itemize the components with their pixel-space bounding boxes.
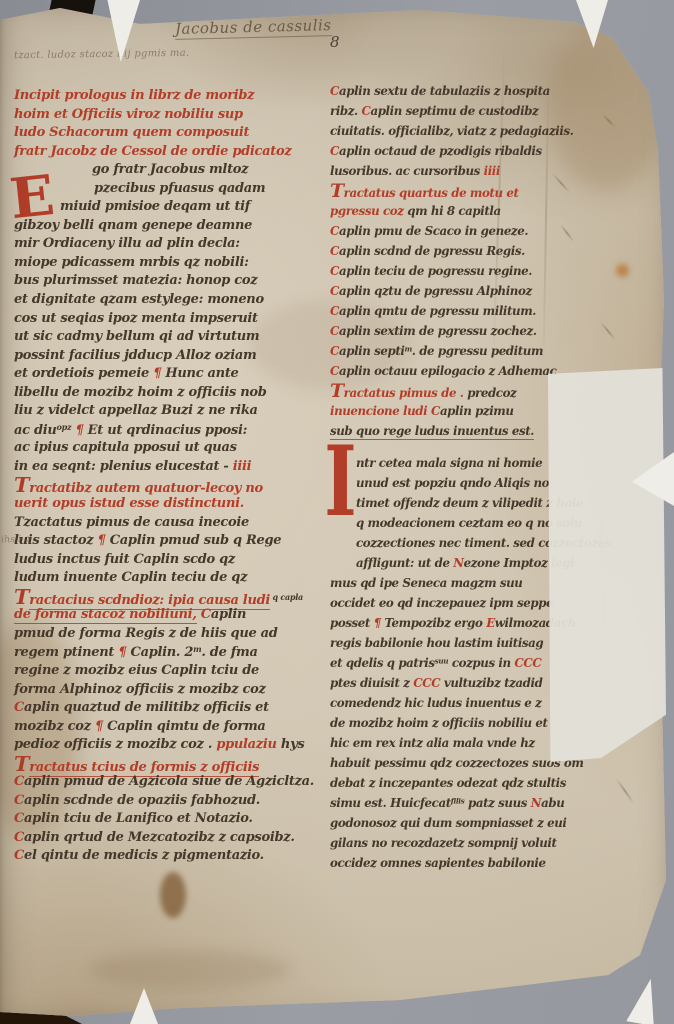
text-line: ciuitatis. officialibz, viatz z pedagiaz… [330, 124, 611, 144]
text-line: Caplin scdnd de pgressu Regis. [330, 244, 611, 264]
text-line: luis stactoz ¶ Caplin pmud sub q Rege [14, 533, 314, 552]
body-text: m [193, 644, 201, 654]
text-line: Caplin octaud de pzodigis ribaldis [330, 144, 611, 164]
body-text: aplin septi [339, 344, 404, 358]
body-text: Et ut qrdinacius pposi: [83, 423, 247, 438]
rubric-text: ¶ [75, 423, 83, 438]
text-line: ut sic cadmy bellum qi ad virtutum [14, 329, 314, 348]
body-text: et qdelis q patris [330, 656, 435, 670]
body-text: ribz. [330, 104, 361, 118]
body-text: aplin pmud de Agzicola siue de Agzicltza… [24, 774, 314, 789]
rubric-text: C [330, 284, 339, 298]
text-line: go fratr Jacobus mltoz [14, 162, 314, 181]
body-text: bus plurimsset matezia: honop coz [14, 273, 257, 288]
stain [616, 264, 629, 277]
drop-cap-E: E [7, 167, 57, 226]
rubric-text: C [14, 700, 24, 715]
text-line: forma Alphinoz officiis z mozibz coz [14, 682, 314, 701]
drop-cap-I: I [324, 434, 356, 530]
body-text: Caplin pmud sub q Rege [106, 533, 282, 548]
body-text: et ordetiois pemeie [14, 366, 153, 381]
text-line: Tractatus tcius de formis z officiis [14, 756, 314, 775]
rubric-text: ¶ [153, 366, 161, 381]
rubric-text: ¶ [374, 616, 381, 630]
rubric-text: iiii [480, 164, 500, 178]
body-text: mozibz coz [14, 719, 95, 734]
body-text: aplin tciu de Lanifico et Notazio. [24, 811, 253, 826]
text-line: occidez omnes sapientes babilonie [330, 856, 611, 876]
text-line: mir Ordiaceny illu ad plin decla: [14, 236, 314, 255]
body-text: aplin [211, 607, 246, 622]
rubric-text: T [330, 380, 344, 402]
body-text: regem ptinent [14, 645, 118, 660]
body-text: aplin scdnde de opaziis fabhozud. [24, 793, 260, 808]
body-text: occidet eo qd inczepauez ipm seppe [330, 596, 553, 610]
text-line: ac ipius capitula pposui ut quas [14, 440, 314, 459]
body-text: occidez omnes sapientes babilonie [330, 856, 546, 870]
rubric-text: ractatus pimus de . [344, 386, 464, 400]
body-text [197, 607, 201, 622]
rubric-text: ractatus tcius de formis z officiis [29, 760, 259, 777]
body-text: el qintu de medicis z pigmentazio. [24, 848, 264, 863]
body-text: aplin octauu epilogacio z Adhemac [339, 364, 556, 378]
body-text: abu [541, 796, 564, 810]
crease [542, 70, 549, 370]
rubric-text: C [14, 811, 24, 826]
text-line: fratr Jacobz de Cessol de ordie pdicatoz [14, 144, 314, 163]
body-text: filis [451, 796, 465, 805]
body-text: habuit pessimu qdz cozzectozes suos om [330, 756, 583, 770]
rubric-text: N [531, 796, 541, 810]
body-text: m [404, 344, 411, 353]
text-line: pzecibus pfuasus qadam [14, 181, 314, 200]
crease [492, 40, 505, 360]
text-line: Tractatus quartus de motu et [330, 184, 611, 204]
rubric-text: T [14, 472, 29, 497]
margin-scribble [559, 224, 574, 243]
body-text: mir Ordiaceny illu ad plin decla: [14, 236, 240, 251]
text-line: Caplin pmud de Agzicola siue de Agzicltz… [14, 774, 314, 793]
page-weight-bottom-right [626, 976, 662, 1024]
body-text: go fratr Jacobus mltoz [92, 162, 248, 177]
shelf-note: tzact. ludoz stacoz iiij pgmis ma. [14, 48, 190, 61]
text-line: Caplin tciu de Lanifico et Notazio. [14, 811, 314, 830]
body-text: aplin septimu de custodibz [370, 104, 538, 118]
stain [160, 872, 186, 918]
body-text: ntr cetea mala signa ni homie [356, 456, 542, 470]
body-text: . de pgressu peditum [412, 344, 543, 358]
text-line: liu z videlct appellaz Buzi z ne rika [14, 403, 314, 422]
margin-scribble [616, 778, 635, 804]
text-line: bus plurimsset matezia: honop coz [14, 273, 314, 292]
text-line: pgressu coz qm hi 8 capitla [330, 204, 611, 224]
text-line: gilans no recozdazetz sompnij voluit [330, 836, 611, 856]
body-text: libellu de mozibz hoim z officiis nob [14, 385, 267, 400]
body-text: luis stactoz [14, 533, 98, 548]
rubric-text: fratr Jacobz de Cessol de ordie pdicatoz [14, 144, 291, 159]
text-line: in ea seqnt: plenius elucestat - iiii [14, 459, 314, 478]
text-line: et ordetiois pemeie ¶ Hunc ante [14, 366, 314, 385]
text-line: regine z mozibz eius Caplin tciu de [14, 663, 314, 682]
rubric-text: pgressu coz [330, 204, 407, 218]
body-text: gilans no recozdazetz sompnij voluit [330, 836, 557, 850]
rubric-text: C [330, 244, 339, 258]
text-line: simu est. Huicfecatfilis patz suus Nabu [330, 796, 611, 816]
body-text: . de fma [201, 645, 257, 660]
text-line: pedioz officiis z mozibz coz . ppulaziu … [14, 737, 314, 756]
body-text: regine z mozibz eius Caplin tciu de [14, 663, 259, 678]
body-text: lusoribus. ac cursoribus [330, 164, 480, 178]
rubric-text: C [361, 104, 370, 118]
body-text: simu est. Huicfecat [330, 796, 451, 810]
text-column-left: Incipit prologus in librz de moribzhoim … [14, 88, 314, 867]
rubric-text: C [330, 84, 339, 98]
body-text: comedendz hic ludus inuentus e z [330, 696, 541, 710]
text-line: ludo Schacorum quem composuit [14, 125, 314, 144]
margin-scribble [600, 321, 617, 341]
text-line: pmud de forma Regis z de hiis que ad [14, 626, 314, 645]
body-text: ut sic cadmy bellum qi ad virtutum [14, 329, 259, 344]
body-text: ptes diuisit z [330, 676, 413, 690]
rubric-text: N [453, 556, 463, 570]
text-line: Caplin septim. de pgressu peditum [330, 344, 611, 364]
text-line: miuid pmisioe deqam ut tif [14, 199, 314, 218]
text-line: ludum inuente Caplin teciu de qz [14, 570, 314, 589]
body-text: ac diu [14, 423, 57, 438]
text-line: Caplin pmu de Scaco in geneze. [330, 224, 611, 244]
body-text: miuid pmisioe deqam ut tif [60, 199, 250, 214]
body-text: aplin pmu de Scaco in geneze. [339, 224, 528, 238]
rubric-text: ractacius scdndioz: ipia causa ludi [29, 593, 270, 610]
body-text: aplin qmtu de pgressu militum. [339, 304, 536, 318]
text-line: mozibz coz ¶ Caplin qimtu de forma [14, 719, 314, 738]
text-line: de forma stacoz nobiliuni, Caplin [14, 607, 314, 626]
rubric-text: C [330, 364, 339, 378]
text-line: possint facilius jdducp Alloz oziam [14, 348, 314, 367]
photograph: Jacobus de cassulis 8 tzact. ludoz staco… [0, 0, 674, 1024]
body-text: miope pdicassem mrbis qz nobili: [14, 255, 249, 270]
body-text: forma Alphinoz officiis z mozibz coz [14, 682, 266, 697]
margin-scribble [552, 173, 571, 194]
text-line: cos ut seqias ipoz menta impseruit [14, 311, 314, 330]
body-text: hic em rex intz alia mala vnde hz [330, 736, 535, 750]
text-line: Caplin qmtu de pgressu militum. [330, 304, 611, 324]
body-text: Caplin qimtu de forma [103, 719, 266, 734]
body-text: pedioz officiis z mozibz coz . [14, 737, 216, 752]
rubric-text: ¶ [118, 645, 126, 660]
body-text: qm hi 8 capitla [407, 204, 500, 218]
body-text: Tzactatus pimus de causa inecoie [14, 515, 249, 530]
body-text: ac ipius capitula pposui ut quas [14, 440, 237, 455]
text-line: regem ptinent ¶ Caplin. 2m. de fma [14, 644, 314, 663]
body-text: regis babilonie hou lastim iuitisag [330, 636, 543, 650]
rubric-text: CCC [413, 676, 440, 690]
rubric-text: T [330, 180, 344, 202]
rubric-text: C [330, 344, 339, 358]
text-line: Tractatibz autem quatuor-lecoy no [14, 477, 314, 496]
body-text: aplin sextu de tabulaziis z hospita [339, 84, 550, 98]
body-text: patz suus [464, 796, 530, 810]
rubric-text: CCC [514, 656, 541, 670]
body-text: predcoz [463, 386, 516, 400]
rubric-text: T [14, 751, 29, 776]
quire-mark: 8 [330, 33, 340, 51]
rubric-text: C [14, 793, 24, 808]
body-text: Hunc ante [161, 366, 238, 381]
body-text: cos ut seqias ipoz menta impseruit [14, 311, 258, 326]
tissue-overlay [548, 368, 666, 762]
rubric-text: C [14, 774, 24, 789]
body-text: et dignitate qzam estylege: moneno [14, 292, 264, 307]
text-line: Tractacius scdndioz: ipia causa ludi q c… [14, 589, 314, 608]
body-text: debat z inczepantes odezat qdz stultis [330, 776, 566, 790]
rubric-text: hoim et Officiis viroz nobiliu sup [14, 107, 243, 122]
rubric-text: C [201, 607, 211, 622]
rubric-text: C [330, 324, 339, 338]
rubric-text: E [486, 616, 495, 630]
rubric-text: T [14, 584, 29, 609]
body-text: aplin sextim de pgressu zochez. [339, 324, 537, 338]
body-text: q capla [270, 592, 303, 602]
text-line: Caplin sextim de pgressu zochez. [330, 324, 611, 344]
rubric-text: C [431, 404, 440, 418]
body-text: gibzoy belli qnam genepe deamne [14, 218, 252, 233]
rubric-text: ractatibz autem quatuor-lecoy no [29, 481, 263, 496]
text-line: libellu de mozibz hoim z officiis nob [14, 385, 314, 404]
stain [0, 620, 80, 840]
text-line: lusoribus. ac cursoribus iiii [330, 164, 611, 184]
body-text: sub quo rege ludus inuentus est. [330, 424, 534, 440]
text-line: godonosoz qui dum sompniasset z eui [330, 816, 611, 836]
text-line: Tzactatus pimus de causa inecoie [14, 515, 314, 534]
body-text: pzecibus pfuasus qadam [94, 181, 265, 196]
body-text: pmud de forma Regis z de hiis que ad [14, 626, 278, 641]
rubric-text: uerit opus istud esse distinctuni. [14, 496, 244, 511]
body-text: posset [330, 616, 374, 630]
body-text: aplin octaud de pzodigis ribaldis [339, 144, 542, 158]
rubric-text: C [14, 830, 24, 845]
rubric-text: iiii [229, 459, 252, 474]
body-text: cozpus in [448, 656, 514, 670]
stain [548, 20, 666, 190]
rubric-text: C [330, 264, 339, 278]
rubric-text: Incipit prologus in librz de moribz [14, 88, 254, 103]
body-text: aplin scdnd de pgressu Regis. [339, 244, 525, 258]
body-text: affligunt: ut de [356, 556, 453, 570]
rubric-text: de forma stacoz nobiliuni, [14, 607, 197, 624]
text-line: Caplin scdnde de opaziis fabhozud. [14, 793, 314, 812]
body-text [71, 423, 75, 438]
text-line: Caplin qztu de pgressu Alphinoz [330, 284, 611, 304]
rubric-text: inuencione ludi [330, 404, 431, 418]
rubric-text: ludo Schacorum quem composuit [14, 125, 249, 140]
body-text: aplin teciu de pogressu regine. [339, 264, 532, 278]
text-line: Cel qintu de medicis z pigmentazio. [14, 848, 314, 867]
rubric-text: ¶ [98, 533, 106, 548]
text-line: et dignitate qzam estylege: moneno [14, 292, 314, 311]
body-text: Caplin. 2 [126, 645, 193, 660]
body-text: possint facilius jdducp Alloz oziam [14, 348, 256, 363]
text-line: miope pdicassem mrbis qz nobili: [14, 255, 314, 274]
body-text: hys [277, 737, 305, 752]
body-text: aplin pzimu [440, 404, 514, 418]
text-line: ac diuopz ¶ Et ut qrdinacius pposi: [14, 422, 314, 441]
body-text: aplin quaztud de militibz officiis et [24, 700, 269, 715]
body-text: in ea seqnt: plenius elucestat - [14, 459, 229, 474]
body-text: Tempozibz ergo [381, 616, 486, 630]
body-text: ciuitatis. officialibz, viatz z pedagiaz… [330, 124, 573, 138]
rubric-text: C [330, 304, 339, 318]
body-text: unud est popziu qndo Aliqis no [356, 476, 549, 490]
body-text: vultuzibz tzadid [440, 676, 542, 690]
body-text: ludus inctus fuit Caplin scdo qz [14, 552, 235, 567]
rubric-text: C [330, 224, 339, 238]
rubric-text: C [14, 848, 24, 863]
body-text: q modeacionem ceztam eo q no solu [356, 516, 582, 530]
body-text: aplin qrtud de Mezcatozibz z capsoibz. [24, 830, 295, 845]
text-line: Caplin sextu de tabulaziis z hospita [330, 84, 611, 104]
body-text: aplin qztu de pgressu Alphinoz [339, 284, 532, 298]
rubric-text: C [330, 144, 339, 158]
text-line: ludus inctus fuit Caplin scdo qz [14, 552, 314, 571]
stain [90, 950, 290, 990]
text-line: Caplin quaztud de militibz officiis et [14, 700, 314, 719]
rubric-text: ractatus quartus de motu et [344, 186, 519, 200]
text-line: Caplin qrtud de Mezcatozibz z capsoibz. [14, 830, 314, 849]
text-line: Caplin teciu de pogressu regine. [330, 264, 611, 284]
body-text: mus qd ipe Seneca magzm suu [330, 576, 522, 590]
text-line: gibzoy belli qnam genepe deamne [14, 218, 314, 237]
header-title: Jacobus de cassulis [175, 16, 332, 40]
rubric-text: ppulaziu [216, 737, 276, 752]
body-text: de mozibz hoim z officiis nobiliu et [330, 716, 548, 730]
body-text: suu [435, 656, 449, 665]
text-line: hoim et Officiis viroz nobiliu sup [14, 107, 314, 126]
margin-note: ihs i a [1, 534, 30, 546]
body-text: godonosoz qui dum sompniasset z eui [330, 816, 566, 830]
text-line: ribz. Caplin septimu de custodibz [330, 104, 611, 124]
body-text: liu z videlct appellaz Buzi z ne rika [14, 403, 258, 418]
body-text: ludum inuente Caplin teciu de qz [14, 570, 247, 585]
margin-scribble [602, 114, 616, 128]
body-text: opz [57, 422, 72, 432]
text-line: Incipit prologus in librz de moribz [14, 88, 314, 107]
rubric-text: ¶ [95, 719, 103, 734]
text-line: uerit opus istud esse distinctuni. [14, 496, 314, 515]
text-line: debat z inczepantes odezat qdz stultis [330, 776, 611, 796]
stain [250, 300, 410, 390]
